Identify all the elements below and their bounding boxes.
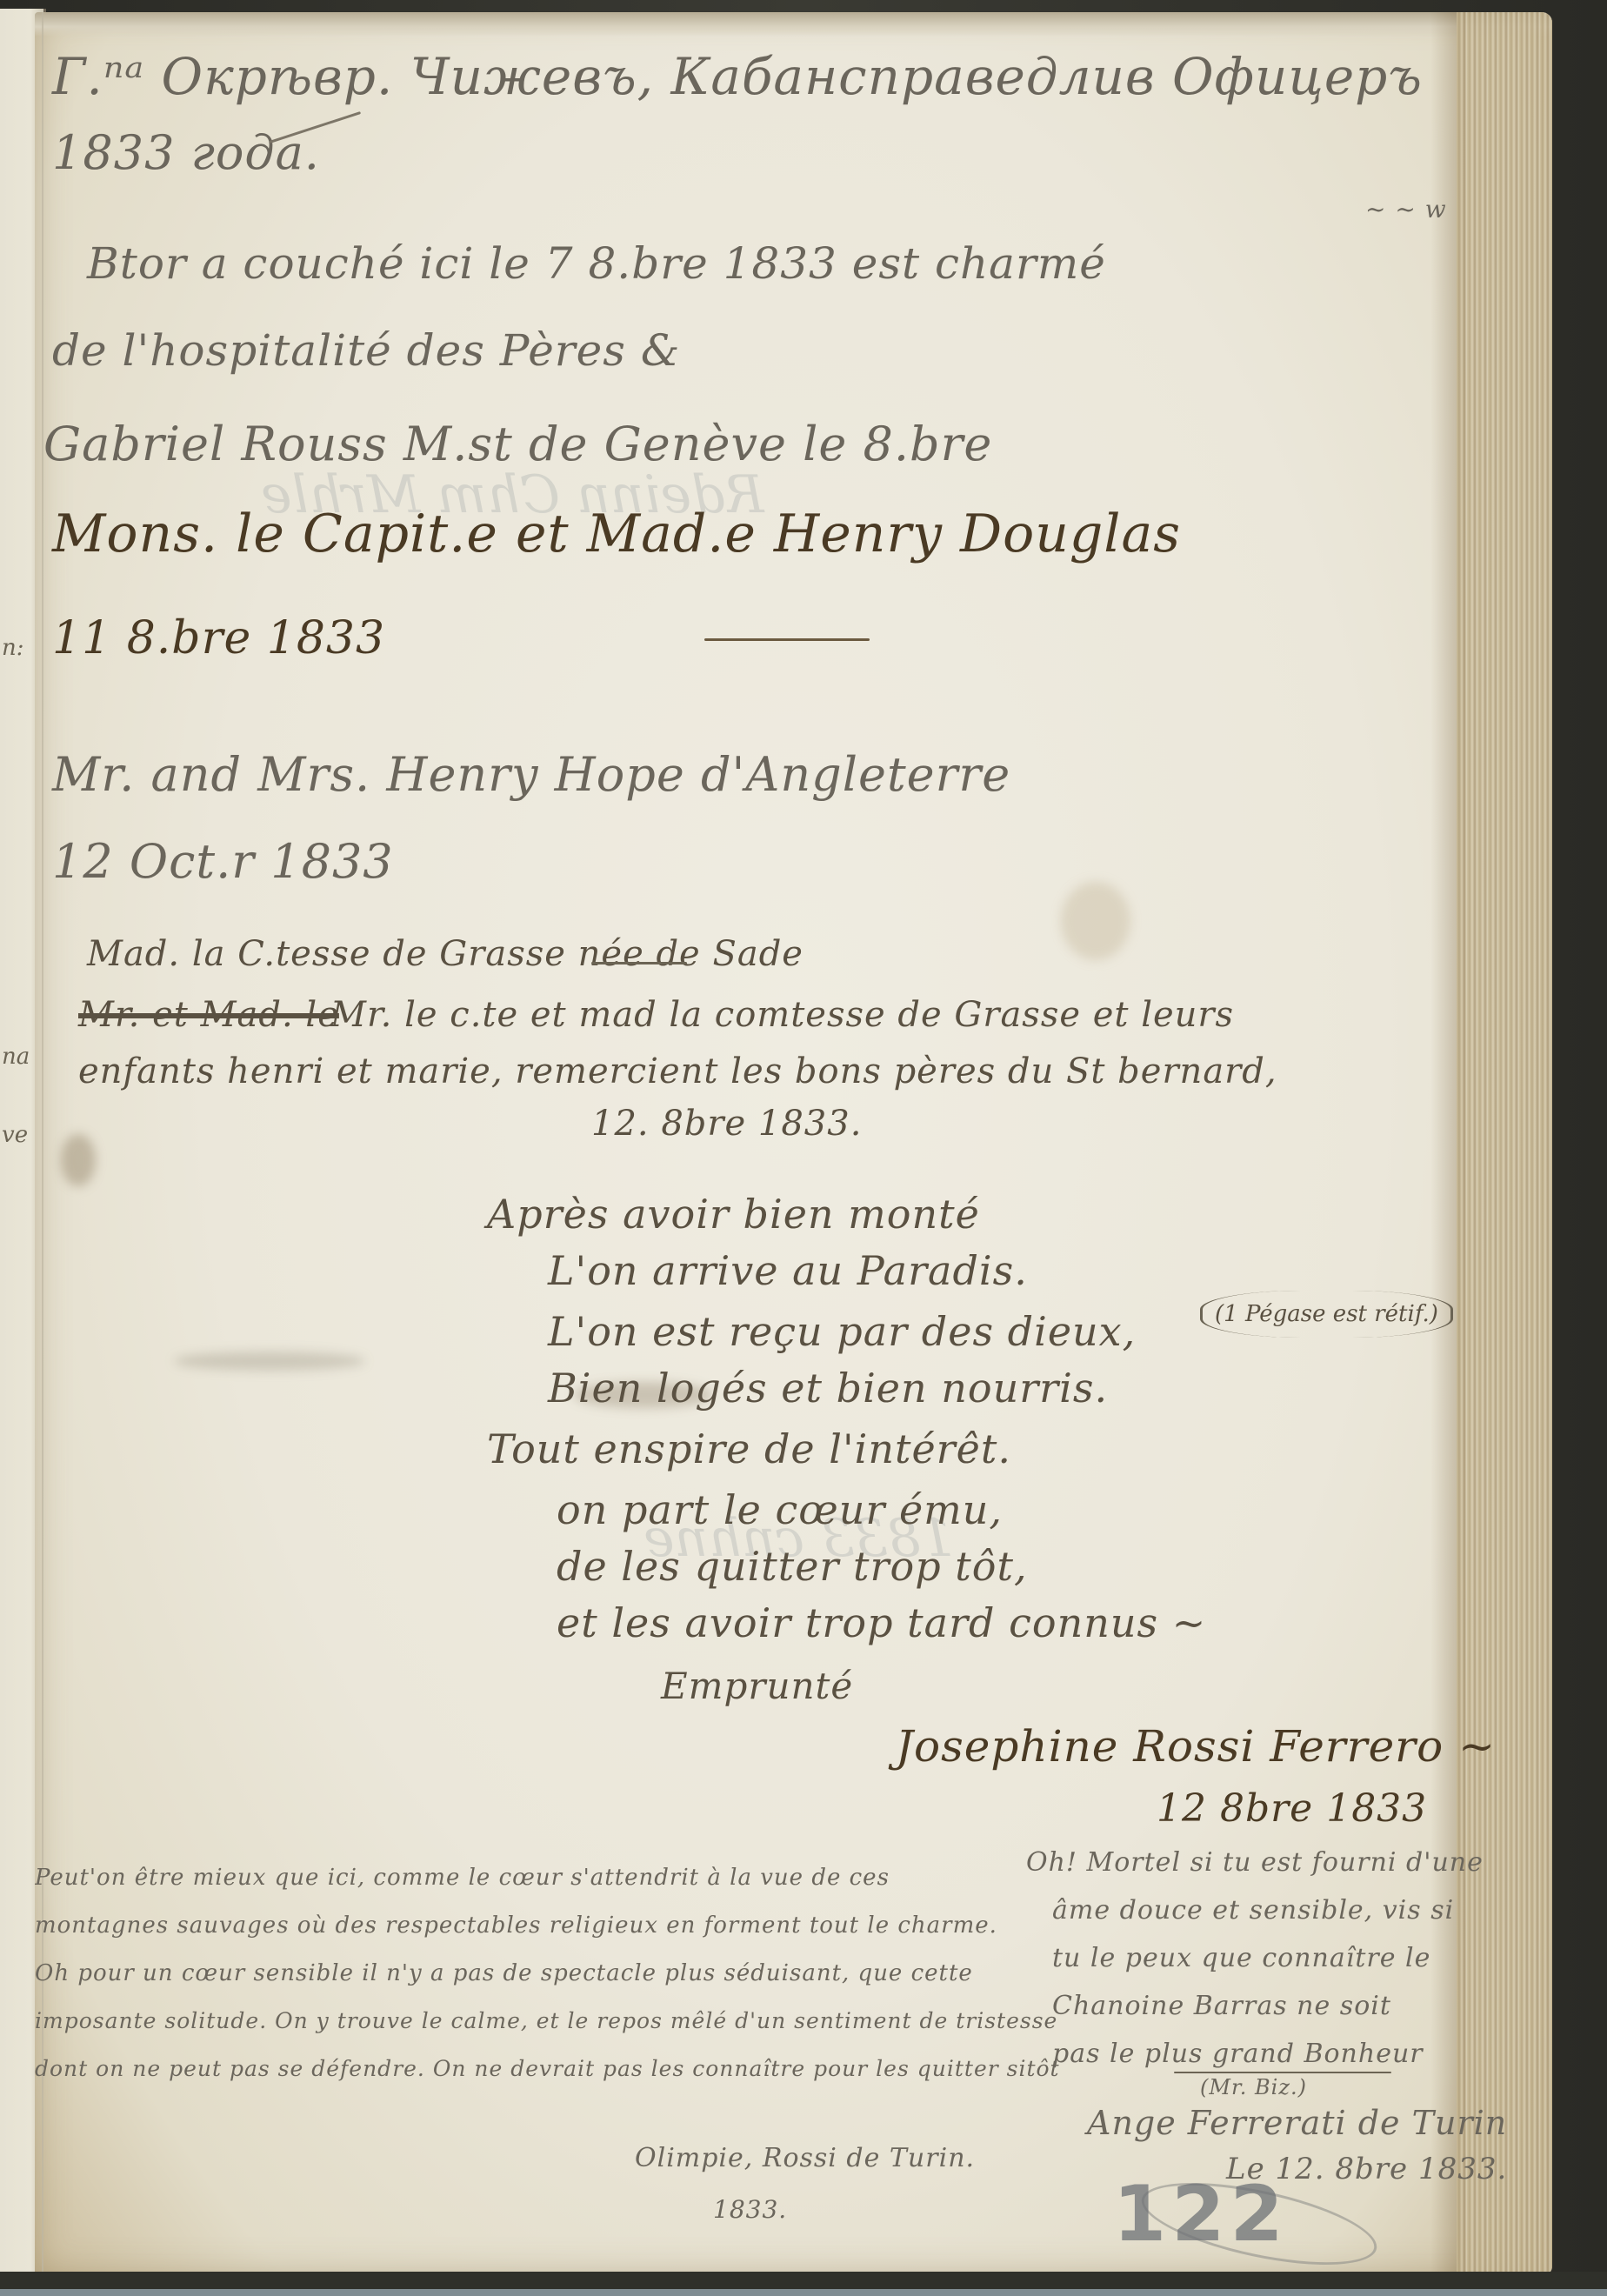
prose-line: âme douce et sensible, vis si — [1052, 1895, 1454, 1926]
prose-line: imposante solitude. On y trouve le calme… — [35, 2008, 1057, 2033]
divider-stroke — [591, 962, 687, 964]
poem-line: de les quitter trop tôt, — [557, 1543, 1028, 1590]
prose-line: pas le plus grand Bonheur — [1052, 2039, 1424, 2069]
entry-line: 1833 года. — [52, 125, 320, 180]
page-number: 122 — [1113, 2169, 1289, 2259]
prose-line: Oh pour un cœur sensible il n'y a pas de… — [35, 1960, 973, 1986]
page-fore-edge — [1457, 12, 1552, 2275]
left-page-fragment: n: — [2, 635, 24, 661]
entry-line: 11 8.bre 1833 — [52, 612, 385, 664]
poem-line: L'on est reçu par des dieux, — [548, 1308, 1136, 1355]
signature-note: (Mr. Biz.) — [1200, 2075, 1307, 2099]
manuscript-page: Rdeinn Chm Mrhle 1833 cnhne Г.ⁿᵃ Окрѣвр.… — [35, 12, 1552, 2275]
entry-line: Mons. le Capit.e et Mad.e Henry Douglas — [52, 504, 1181, 564]
poem-signature: Josephine Rossi Ferrero ~ — [896, 1721, 1496, 1772]
prose-date: 1833. — [713, 2195, 787, 2224]
ink-stain — [61, 1134, 96, 1186]
entry-line: Gabriel Rouss M.st de Genève le 8.bre — [43, 417, 992, 471]
underline-stroke — [1174, 2072, 1391, 2073]
entry-line: Г.ⁿᵃ Окрѣвр. Чижевъ, Кабансправедлив Офи… — [52, 47, 1423, 106]
divider-stroke — [704, 638, 870, 641]
poem-attribution: Emprunté — [661, 1665, 853, 1707]
struck-text: Mr. et Mad. le — [78, 995, 339, 1035]
prose-line: tu le peux que connaître le — [1052, 1943, 1430, 1973]
stray-marks: ~ ~ w — [1365, 195, 1447, 224]
entry-line: Mad. la C.tesse de Grasse née de Sade — [87, 934, 803, 974]
poem-line: Après avoir bien monté — [487, 1191, 980, 1238]
entry-line: Btor a couché ici le 7 8.bre 1833 est ch… — [87, 238, 1106, 289]
entry-line: Mr. et Mad. le — [78, 995, 339, 1035]
left-page-fragment: na — [2, 1044, 30, 1070]
water-stain — [174, 1352, 365, 1371]
prose-line: Chanoine Barras ne soit — [1052, 1991, 1391, 2021]
prose-line: dont on ne peut pas se défendre. On ne d… — [35, 2056, 1060, 2081]
prose-signature: Olimpie, Rossi de Turin. — [635, 2143, 975, 2173]
prose-line: montagnes sauvages où des respectables r… — [35, 1912, 997, 1939]
scanner-strip — [0, 2289, 1607, 2296]
poem-line: Tout enspire de l'intérêt. — [487, 1425, 1011, 1472]
prose-signature: Ange Ferrerati de Turin — [1087, 2104, 1507, 2142]
left-page-fragment: ve — [2, 1122, 28, 1148]
poem-date: 12 8bre 1833 — [1157, 1786, 1427, 1831]
entry-line: enfants henri et marie, remercient les b… — [78, 1051, 1277, 1091]
margin-note: (1 Pégase est rétif.) — [1200, 1291, 1453, 1338]
entry-line: de l'hospitalité des Pères & — [52, 325, 680, 376]
foxing-stain — [1061, 882, 1130, 960]
poem-line: Bien logés et bien nourris. — [548, 1365, 1108, 1412]
poem-line: et les avoir trop tard connus ~ — [557, 1599, 1206, 1646]
entry-line: Mr. and Mrs. Henry Hope d'Angleterre — [52, 747, 1010, 802]
page-top-edge — [35, 12, 1552, 37]
prose-line: Oh! Mortel si tu est fourni d'une — [1026, 1847, 1484, 1878]
prose-line: Peut'on être mieux que ici, comme le cœu… — [35, 1865, 890, 1891]
entry-line: 12. 8bre 1833. — [591, 1104, 862, 1144]
entry-line: Mr. le c.te et mad la comtesse de Grasse… — [330, 995, 1234, 1035]
entry-line: 12 Oct.r 1833 — [52, 834, 394, 889]
poem-line: on part le cœur ému, — [557, 1486, 1003, 1533]
poem-line: L'on arrive au Paradis. — [548, 1247, 1028, 1294]
